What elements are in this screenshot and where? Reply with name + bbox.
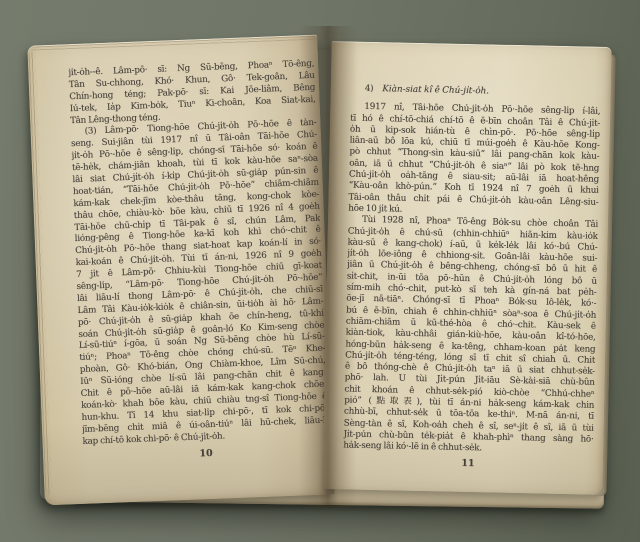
paragraph: ji̍t-o̍h--ê. Lâm-pō· sī: N̂g Sū-bēng, Ph… [68, 59, 316, 128]
right-page-text: 4)Kiàn-siat kî ê Chú-ji̍t-o̍h. 1917 nî, … [343, 84, 601, 458]
section-title: Kiàn-siat kî ê Chú-ji̍t-o̍h. [382, 84, 489, 96]
section-heading: 4)Kiàn-siat kî ê Chú-ji̍t-o̍h. [351, 84, 601, 101]
right-page: 4)Kiàn-siat kî ê Chú-ji̍t-o̍h. 1917 nî, … [322, 41, 611, 495]
right-page-number: 11 [343, 455, 593, 471]
left-page-text: ji̍t-o̍h--ê. Lâm-pō· sī: N̂g Sū-bēng, Ph… [68, 59, 328, 449]
photo-background: ji̍t-o̍h--ê. Lâm-pō· sī: N̂g Sū-bēng, Ph… [0, 0, 640, 542]
paragraph: (3) Lâm-pō· Tiong-hōe Chú-ji̍t-o̍h Pō·-h… [70, 118, 328, 448]
right-page-paragraphs: 1917 nî, Tâi-hōe Chú-ji̍t-o̍h Pō·-hōe sê… [343, 102, 600, 457]
section-number: 4) [365, 84, 374, 94]
paragraph: Tùi 1928 nî, Phoaⁿ Tō-êng Bo̍k-su chòe c… [343, 215, 598, 457]
left-page: ji̍t-o̍h--ê. Lâm-pō· sī: N̂g Sū-bēng, Ph… [27, 35, 334, 506]
paragraph: 1917 nî, Tâi-hōe Chú-ji̍t-o̍h Pō·-hōe sê… [348, 102, 600, 220]
